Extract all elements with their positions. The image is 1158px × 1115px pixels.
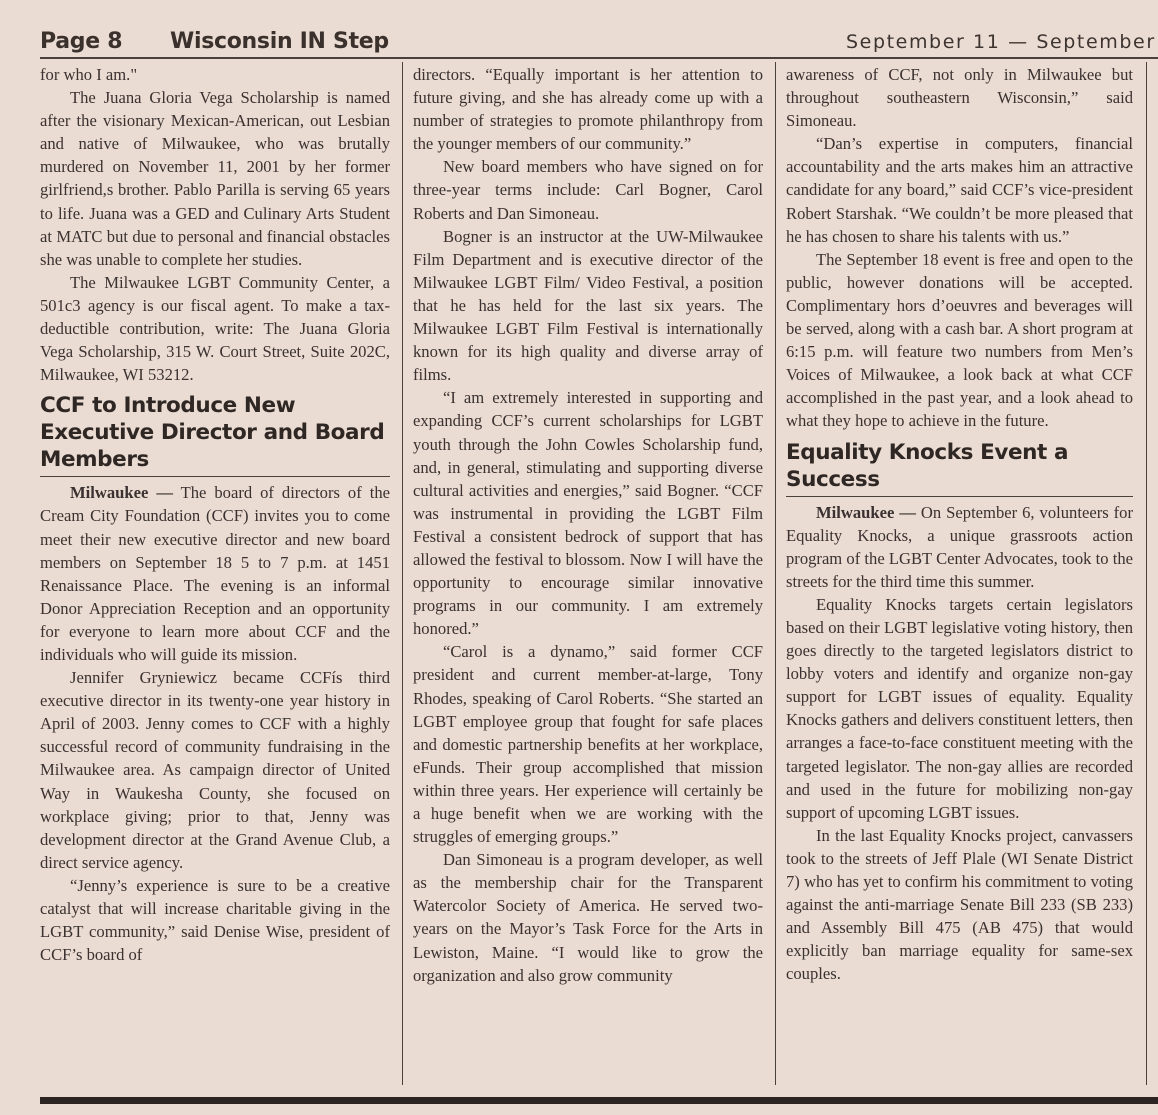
article-headline-equality-knocks: Equality Knocks Event a Success [786, 439, 1133, 497]
article-headline-ccf: CCF to Introduce New Executive Director … [40, 392, 390, 477]
body-paragraph: Jennifer Gryniewicz became CCFís third e… [40, 666, 390, 874]
body-paragraph: “I am extremely interested in supporting… [413, 386, 763, 640]
body-paragraph: In the last Equality Knocks project, can… [786, 824, 1133, 986]
body-paragraph: New board members who have signed on for… [413, 155, 763, 224]
body-paragraph: directors. “Equally important is her att… [413, 63, 763, 155]
body-paragraph: Equality Knocks targets certain legislat… [786, 593, 1133, 824]
body-paragraph: Dan Simoneau is a program developer, as … [413, 848, 763, 987]
column-divider [1146, 62, 1147, 1085]
body-paragraph: The September 18 event is free and open … [786, 248, 1133, 433]
dateline: Milwaukee — [816, 503, 916, 522]
page-number: Page 8 [40, 29, 122, 54]
issue-date-range: September 11 — September 2 [846, 31, 1158, 53]
masthead: Page 8 Wisconsin IN Step September 11 — … [40, 27, 1158, 59]
body-paragraph: “Carol is a dynamo,” said former CCF pre… [413, 640, 763, 848]
bottom-rule [40, 1097, 1158, 1104]
body-paragraph: Bogner is an instructor at the UW-Milwau… [413, 225, 763, 387]
publication-name: Wisconsin IN Step [170, 29, 389, 54]
dateline: Milwaukee — [70, 483, 173, 502]
body-paragraph: The Juana Gloria Vega Scholarship is nam… [40, 86, 390, 271]
column-divider [775, 62, 776, 1085]
body-paragraph: The Milwaukee LGBT Community Center, a 5… [40, 271, 390, 386]
body-paragraph: awareness of CCF, not only in Milwaukee … [786, 63, 1133, 132]
column-2: directors. “Equally important is her att… [413, 63, 763, 987]
column-divider [402, 62, 403, 1085]
body-paragraph: “Dan’s expertise in computers, financial… [786, 132, 1133, 247]
cropped-next-column [1150, 63, 1158, 1083]
lead-text: The board of directors of the Cream City… [40, 483, 390, 664]
article-lead-paragraph: Milwaukee — On September 6, volunteers f… [786, 501, 1133, 593]
article-lead-paragraph: Milwaukee — The board of directors of th… [40, 481, 390, 666]
body-paragraph: for who I am." [40, 63, 390, 86]
column-1: for who I am." The Juana Gloria Vega Sch… [40, 63, 390, 966]
body-paragraph: “Jenny’s experience is sure to be a crea… [40, 874, 390, 966]
column-3: awareness of CCF, not only in Milwaukee … [786, 63, 1133, 985]
